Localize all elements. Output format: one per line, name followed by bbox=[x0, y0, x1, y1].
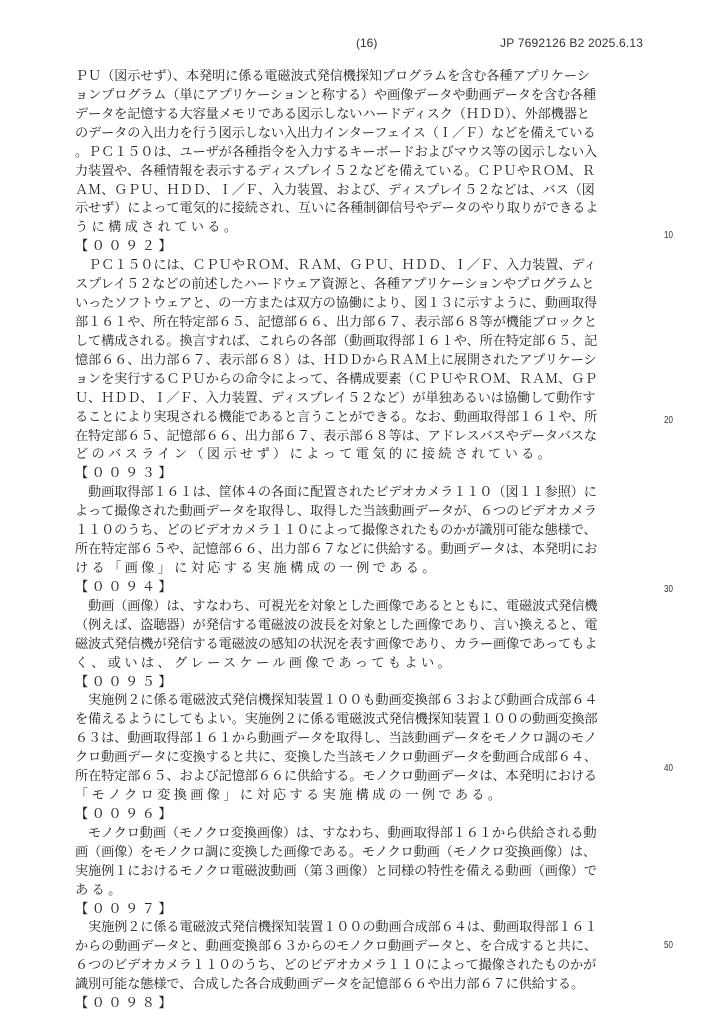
text-line: ける「画像」に対応する実施構成の一例である。 bbox=[75, 560, 665, 579]
text-line: Ｕ、ＨＤＤ、Ｉ／Ｆ、入力装置、ディスプレイ５２など）が単独あるいは協働して動作す bbox=[75, 390, 665, 409]
line-number-40: 40 bbox=[664, 763, 673, 774]
text-line: 実施例２に係る電磁波式発信機探知装置１００も動画変換部６３および動画合成部６４ bbox=[75, 692, 665, 711]
text-line: どのバスライン（図示せず）によって電気的に接続されている。 bbox=[75, 446, 665, 465]
text-line: からの動画データと、動画変換部６３からのモノクロ動画データと、を合成すると共に、 bbox=[75, 938, 665, 957]
page-header: (16) JP 7692126 B2 2025.6.13 bbox=[0, 36, 724, 56]
text-line: ＰＵ（図示せず）、本発明に係る電磁波式発信機探知プログラムを含む各種アプリケーシ bbox=[75, 68, 665, 87]
text-line: 示せず）によって電気的に接続され、互いに各種制御信号やデータのやり取りができるよ bbox=[75, 200, 665, 219]
text-line: ＰＣ１５０には、ＣＰＵやＲＯＭ、ＲＡＭ、ＧＰＵ、ＨＤＤ、Ｉ／Ｆ、入力装置、ディ bbox=[75, 257, 665, 276]
paragraph-number: 【００９２】 bbox=[75, 238, 665, 257]
line-number-50: 50 bbox=[664, 940, 673, 951]
publication-id: JP 7692126 B2 2025.6.13 bbox=[500, 36, 643, 50]
text-line: 「モノクロ変換画像」に対応する実施構成の一例である。 bbox=[75, 787, 665, 806]
text-line: 所在特定部６５や、記憶部６６、出力部６７などに供給する。動画データは、本発明にお bbox=[75, 541, 665, 560]
text-line: 部１６１や、所在特定部６５、記憶部６６、出力部６７、表示部６８等が機能ブロックと bbox=[75, 314, 665, 333]
text-line: １１０のうち、どのビデオカメラ１１０によって撮像されたものかが識別可能な態様で、 bbox=[75, 522, 665, 541]
text-line: 識別可能な態様で、合成した各合成動画データを記憶部６６や出力部６７に供給する。 bbox=[75, 976, 665, 995]
paragraph-number: 【００９５】 bbox=[75, 674, 665, 693]
text-line: スプレイ５２などの前述したハードウェア資源と、各種アプリケーションやプログラムと bbox=[75, 276, 665, 295]
text-line: く、或いは、グレースケール画像であってもよい。 bbox=[75, 655, 665, 674]
page-number: (16) bbox=[356, 36, 377, 50]
text-line: うに構成されている。 bbox=[75, 219, 665, 238]
text-line: 画（画像）をモノクロ調に変換した画像である。モノクロ動画（モノクロ変換画像）は、 bbox=[75, 844, 665, 863]
text-line: クロ動画データに変換すると共に、変換した当該モノクロ動画データを動画合成部６４、 bbox=[75, 749, 665, 768]
line-number-30: 30 bbox=[664, 584, 673, 595]
text-line: データを記憶する大容量メモリである図示しないハードディスク（ＨＤＤ）、外部機器と bbox=[75, 106, 665, 125]
line-number-20: 20 bbox=[664, 415, 673, 426]
text-line: 磁波式発信機が発信する電磁波の感知の状況を表す画像であり、カラー画像であってもよ bbox=[75, 636, 665, 655]
patent-body-text: ＰＵ（図示せず）、本発明に係る電磁波式発信機探知プログラムを含む各種アプリケーシ… bbox=[75, 68, 665, 1014]
line-number-10: 10 bbox=[664, 230, 673, 241]
text-line: のデータの入出力を行う図示しない入出力インターフェイス（Ｉ／Ｆ）などを備えている bbox=[75, 125, 665, 144]
paragraph-number: 【００９８】 bbox=[75, 995, 665, 1014]
text-line: を備えるようにしてもよい。実施例２に係る電磁波式発信機探知装置１００の動画変換部 bbox=[75, 711, 665, 730]
text-line: （例えば、盗聴器）が発信する電磁波の波長を対象とした画像であり、言い換えると、電 bbox=[75, 617, 665, 636]
paragraph-number: 【００９７】 bbox=[75, 901, 665, 920]
text-line: ある。 bbox=[75, 882, 665, 901]
paragraph-number: 【００９６】 bbox=[75, 806, 665, 825]
text-line: ６３は、動画取得部１６１から動画データを取得し、当該動画データをモノクロ調のモノ bbox=[75, 730, 665, 749]
text-line: 実施例２に係る電磁波式発信機探知装置１００の動画合成部６４は、動画取得部１６１ bbox=[75, 919, 665, 938]
text-line: 。ＰＣ１５０は、ユーザが各種指令を入力するキーボードおよびマウス等の図示しない入 bbox=[75, 144, 665, 163]
text-line: ＡＭ、ＧＰＵ、ＨＤＤ、Ｉ／Ｆ、入力装置、および、ディスプレイ５２などは、バス（図 bbox=[75, 182, 665, 201]
text-line: 在特定部６５、記憶部６６、出力部６７、表示部６８等は、アドレスバスやデータバスな bbox=[75, 428, 665, 447]
text-line: いったソフトウェアと、の一方または双方の協働により、図１３に示すように、動画取得 bbox=[75, 295, 665, 314]
text-line: 力装置や、各種情報を表示するディスプレイ５２などを備えている。ＣＰＵやＲＯＭ、Ｒ bbox=[75, 163, 665, 182]
text-line: ョンを実行するＣＰＵからの命令によって、各構成要素（ＣＰＵやＲＯＭ、ＲＡＭ、ＧＰ bbox=[75, 371, 665, 390]
text-line: ６つのビデオカメラ１１０のうち、どのビデオカメラ１１０によって撮像されたものかが bbox=[75, 957, 665, 976]
text-line: 動画取得部１６１は、筐体４の各面に配置されたビデオカメラ１１０（図１１参照）に bbox=[75, 484, 665, 503]
text-line: モノクロ動画（モノクロ変換画像）は、すなわち、動画取得部１６１から供給される動 bbox=[75, 825, 665, 844]
text-line: 憶部６６、出力部６７、表示部６８）は、ＨＤＤからＲＡＭ上に展開されたアプリケーシ bbox=[75, 352, 665, 371]
paragraph-number: 【００９３】 bbox=[75, 465, 665, 484]
text-line: ョンプログラム（単にアプリケーションと称する）や画像データや動画データを含む各種 bbox=[75, 87, 665, 106]
text-line: 実施例１におけるモノクロ電磁波動画（第３画像）と同様の特性を備える動画（画像）で bbox=[75, 863, 665, 882]
paragraph-number: 【００９４】 bbox=[75, 579, 665, 598]
text-line: 動画（画像）は、すなわち、可視光を対象とした画像であるとともに、電磁波式発信機 bbox=[75, 598, 665, 617]
text-line: して構成される。換言すれば、これらの各部（動画取得部１６１や、所在特定部６５、記 bbox=[75, 333, 665, 352]
text-line: よって撮像された動画データを取得し、取得した当該動画データが、６つのビデオカメラ bbox=[75, 503, 665, 522]
text-line: ることにより実現される機能であると言うことができる。なお、動画取得部１６１や、所 bbox=[75, 409, 665, 428]
text-line: 所在特定部６５、および記憶部６６に供給する。モノクロ動画データは、本発明における bbox=[75, 768, 665, 787]
